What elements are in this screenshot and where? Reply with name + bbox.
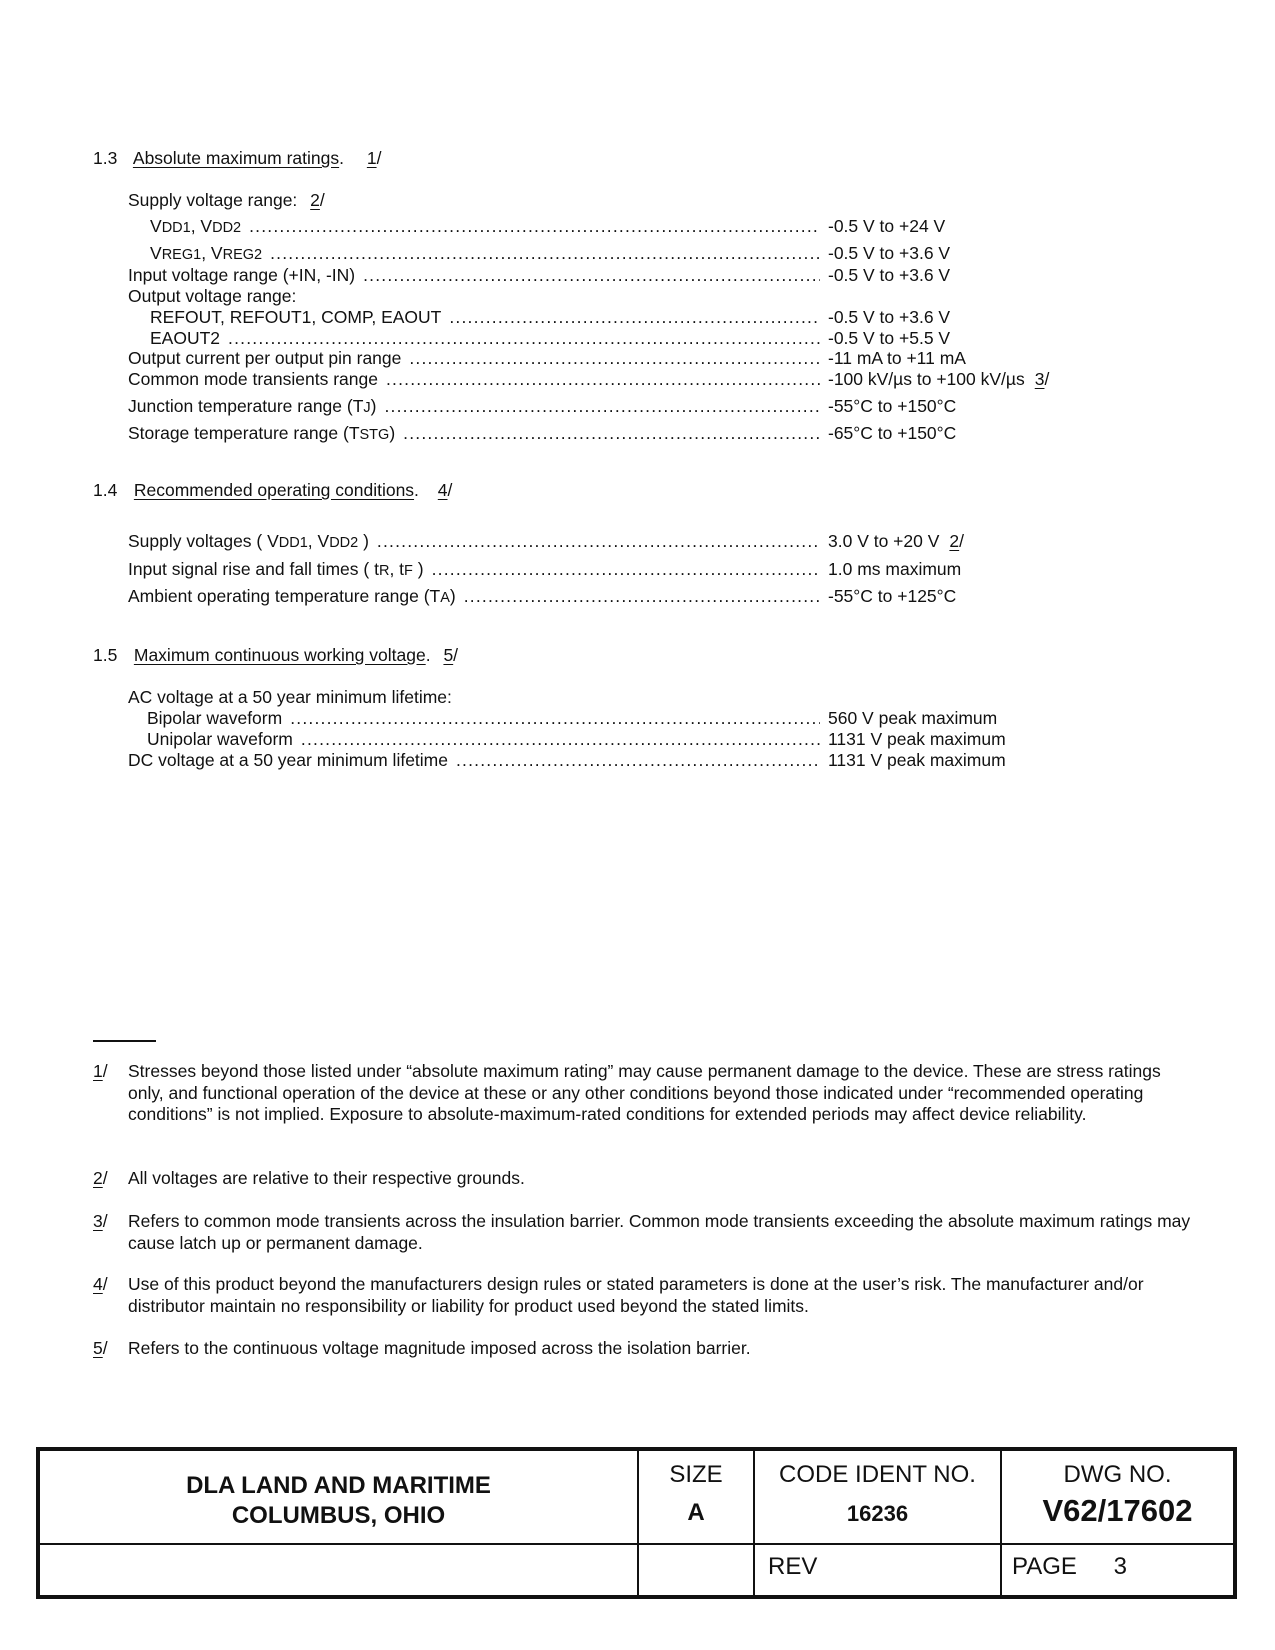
footnote: 4/Use of this product beyond the manufac…: [93, 1274, 1193, 1317]
code-ident-value: 16236: [755, 1501, 1000, 1527]
size-value: A: [639, 1499, 753, 1527]
spec-row-value: 560 V peak maximum: [828, 708, 997, 729]
footnote-number: 3/: [93, 1211, 108, 1233]
dot-leader: ........................................…: [249, 216, 820, 237]
divider: [40, 1543, 1233, 1545]
spec-row-value: 1.0 ms maximum: [828, 559, 961, 580]
spec-row-value: -11 mA to +11 mA: [828, 348, 966, 369]
spec-row-value: -55°C to +125°C: [828, 586, 956, 607]
section-title: Recommended operating conditions: [134, 480, 414, 500]
organization-block: DLA LAND AND MARITIME COLUMBUS, OHIO: [40, 1471, 637, 1531]
spec-row-value: -65°C to +150°C: [828, 423, 956, 444]
spec-row-label: Output current per output pin range: [128, 348, 401, 369]
spec-row-label: EAOUT2: [150, 328, 220, 349]
note-ref: 2: [949, 531, 959, 551]
footnote-text: Refers to the continuous voltage magnitu…: [128, 1338, 1193, 1360]
code-ident-label: CODE IDENT NO.: [755, 1461, 1000, 1489]
footnote-text: Stresses beyond those listed under “abso…: [128, 1061, 1193, 1126]
footnote: 1/Stresses beyond those listed under “ab…: [93, 1061, 1193, 1126]
footnote-separator: [93, 1040, 156, 1042]
dot-leader: ........................................…: [403, 423, 820, 444]
spec-row-label: Supply voltages ( VDD1, VDD2 ): [128, 531, 369, 552]
dot-leader: ........................................…: [464, 586, 820, 607]
dwg-no-value: V62/17602: [1002, 1493, 1233, 1529]
section-number: 1.3: [93, 148, 129, 169]
dot-leader: ........................................…: [432, 559, 820, 580]
supply-voltage-heading: Supply voltage range: 2/: [128, 190, 325, 211]
section-number: 1.4: [93, 480, 129, 501]
spec-row-label: Common mode transients range: [128, 369, 378, 390]
title-block: DLA LAND AND MARITIME COLUMBUS, OHIO SIZ…: [36, 1447, 1237, 1599]
section-1-4-heading: 1.4 Recommended operating conditions. 4/: [93, 480, 452, 501]
section-title: Maximum continuous working voltage: [134, 645, 426, 665]
footnote-number: 4/: [93, 1274, 108, 1296]
section-title: Absolute maximum ratings: [133, 148, 339, 168]
dwg-no-label: DWG NO.: [1002, 1461, 1233, 1489]
spec-row-label: Input signal rise and fall times ( tR, t…: [128, 559, 424, 580]
footnote: 2/All voltages are relative to their res…: [93, 1168, 1193, 1190]
section-1-3-heading: 1.3 Absolute maximum ratings. 1/: [93, 148, 381, 169]
dot-leader: ........................................…: [290, 708, 820, 729]
spec-row-label: Input voltage range (+IN, -IN): [128, 265, 355, 286]
footnote-text: Use of this product beyond the manufactu…: [128, 1274, 1193, 1317]
footnote: 3/Refers to common mode transients acros…: [93, 1211, 1193, 1254]
size-cell: SIZE A: [639, 1461, 753, 1527]
dot-leader: ........................................…: [384, 396, 820, 417]
note-ref: 4: [438, 480, 448, 500]
dot-leader: ........................................…: [270, 243, 820, 264]
page-cell: PAGE 3: [1012, 1553, 1127, 1581]
section-1-5-heading: 1.5 Maximum continuous working voltage. …: [93, 645, 458, 666]
spec-row-value: -0.5 V to +3.6 V: [828, 307, 950, 328]
page-number: 3: [1114, 1553, 1127, 1580]
spec-row-label: REFOUT, REFOUT1, COMP, EAOUT: [150, 307, 441, 328]
note-ref: 5: [443, 645, 453, 665]
dot-leader: ........................................…: [363, 265, 820, 286]
spec-row-value: -0.5 V to +5.5 V: [828, 328, 950, 349]
dot-leader: ........................................…: [228, 328, 820, 349]
spec-row-value: -100 kV/µs to +100 kV/µs3/: [828, 369, 1049, 390]
dot-leader: ........................................…: [377, 531, 820, 552]
spec-row-label: DC voltage at a 50 year minimum lifetime: [128, 750, 448, 771]
dot-leader: ........................................…: [409, 348, 820, 369]
footnote: 5/Refers to the continuous voltage magni…: [93, 1338, 1193, 1360]
footnote-number: 2/: [93, 1168, 108, 1190]
organization-name: DLA LAND AND MARITIME: [40, 1471, 637, 1501]
note-ref: 1: [367, 148, 377, 168]
page-label: PAGE: [1012, 1553, 1077, 1580]
dot-leader: ........................................…: [449, 307, 820, 328]
section-number: 1.5: [93, 645, 129, 666]
spec-row-label: VDD1, VDD2: [150, 216, 241, 237]
spec-row-label: Junction temperature range (TJ): [128, 396, 376, 417]
spec-row-label: VREG1, VREG2: [150, 243, 262, 264]
spec-row-value: 3.0 V to +20 V2/: [828, 531, 964, 552]
spec-row-value: -0.5 V to +24 V: [828, 216, 945, 237]
footnote-text: All voltages are relative to their respe…: [128, 1168, 1193, 1190]
spec-row-value: 1131 V peak maximum: [828, 729, 1006, 750]
spec-row-label: Unipolar waveform: [147, 729, 293, 750]
rev-label: REV: [768, 1553, 817, 1580]
rev-cell: REV: [768, 1553, 817, 1581]
spec-row-value: 1131 V peak maximum: [828, 750, 1006, 771]
footnote-number: 1/: [93, 1061, 108, 1083]
dot-leader: ........................................…: [301, 729, 820, 750]
spec-row-label: AC voltage at a 50 year minimum lifetime…: [128, 687, 452, 708]
organization-location: COLUMBUS, OHIO: [40, 1501, 637, 1531]
note-ref: 3: [1035, 369, 1045, 389]
spec-row-label: Output voltage range:: [128, 286, 296, 307]
size-label: SIZE: [639, 1461, 753, 1489]
spec-row-label: Ambient operating temperature range (TA): [128, 586, 456, 607]
spec-row-label: Bipolar waveform: [147, 708, 282, 729]
spec-row-value: -0.5 V to +3.6 V: [828, 265, 950, 286]
dot-leader: ........................................…: [456, 750, 820, 771]
dwg-no-cell: DWG NO. V62/17602: [1002, 1461, 1233, 1529]
spec-row-value: -0.5 V to +3.6 V: [828, 243, 950, 264]
supply-voltage-label: Supply voltage range:: [128, 190, 297, 210]
code-ident-cell: CODE IDENT NO. 16236: [755, 1461, 1000, 1527]
spec-row-label: Storage temperature range (TSTG): [128, 423, 395, 444]
footnote-text: Refers to common mode transients across …: [128, 1211, 1193, 1254]
spec-row-value: -55°C to +150°C: [828, 396, 956, 417]
footnote-number: 5/: [93, 1338, 108, 1360]
note-ref: 2: [310, 190, 320, 210]
dot-leader: ........................................…: [386, 369, 820, 390]
